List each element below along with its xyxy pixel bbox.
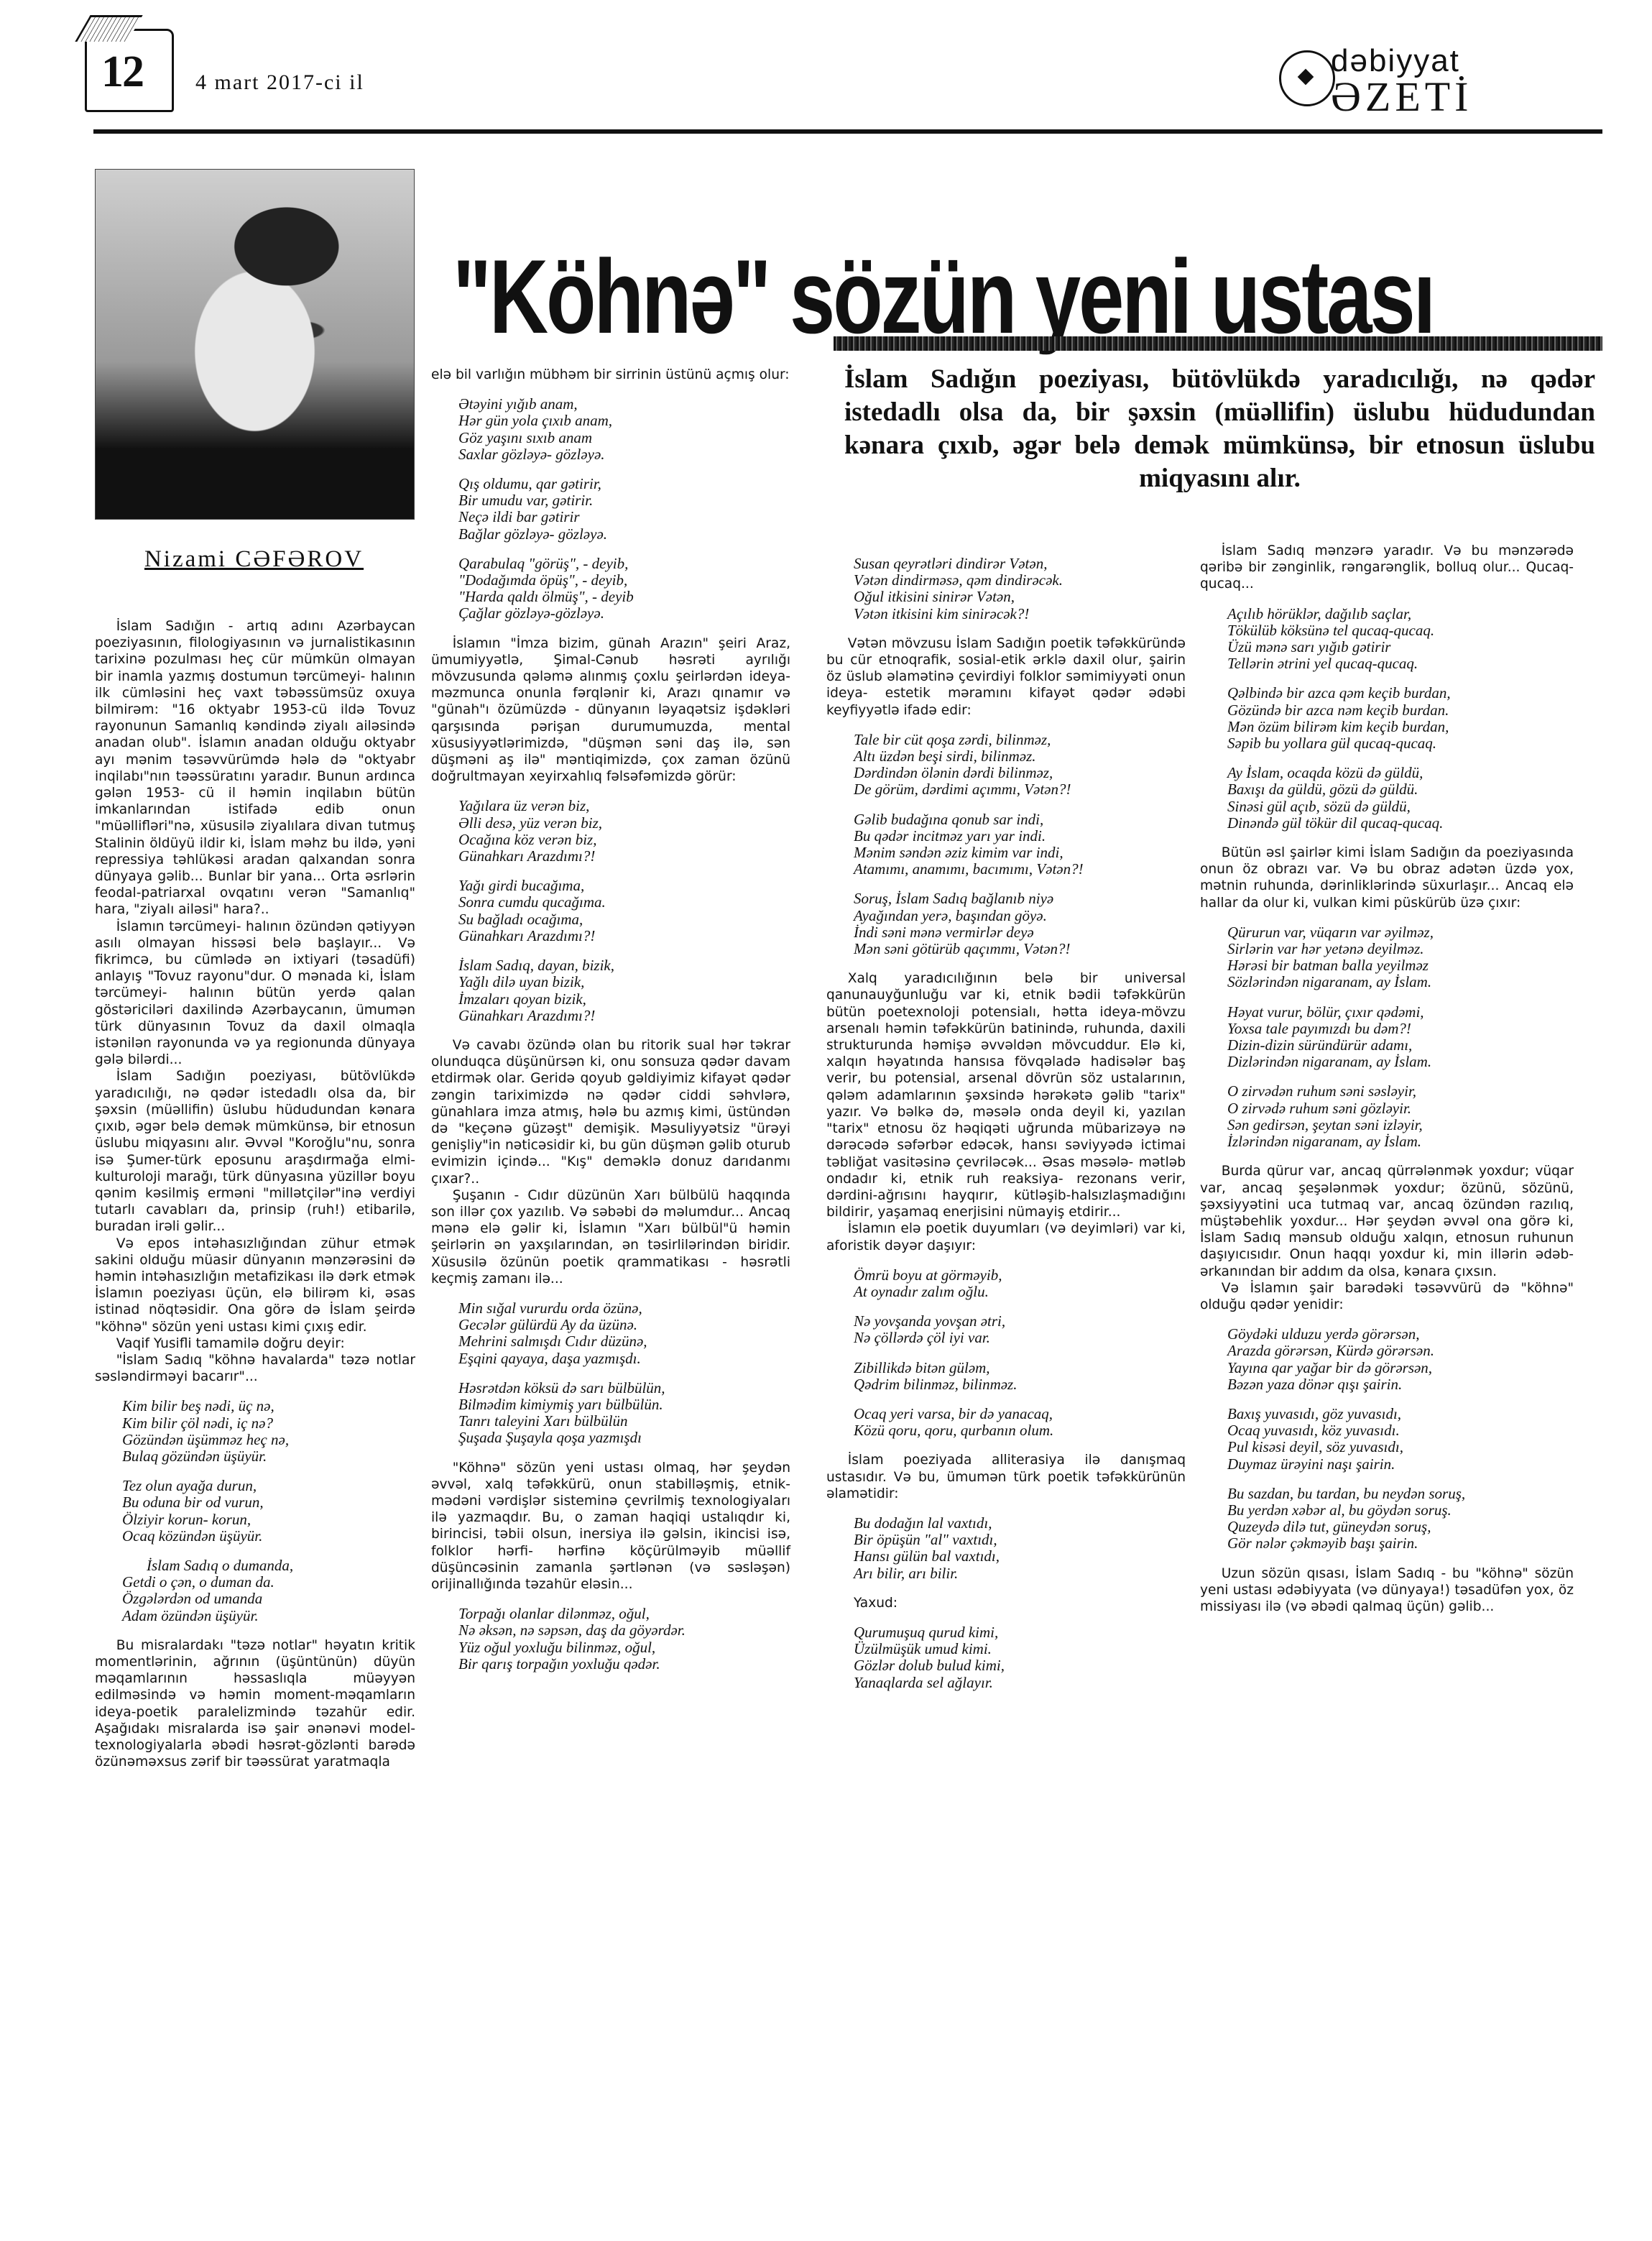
poem-line: Getdi o çən, o duman da.: [122, 1574, 415, 1591]
poem-line: Hansı gülün bal vaxtıdı,: [854, 1548, 1186, 1565]
poem-line: Torpağı olanlar dilənməz, oğul,: [458, 1606, 790, 1622]
poem-line: Mehrini salmışdı Cıdır düzünə,: [458, 1333, 790, 1350]
poem-line: Atamımı, anamımı, bacımımı, Vətən?!: [854, 861, 1186, 878]
poem-line: At oynadır zalım oğlu.: [854, 1284, 1186, 1300]
poem-stanza: Qurumuşuq qurud kimi,Üzülmüşük umud kimi…: [826, 1624, 1186, 1691]
poem-line: Sözlərindən nigaranam, ay İslam.: [1227, 974, 1574, 990]
body-paragraph: İslam poeziyada alliterasiya ilə danışma…: [826, 1452, 1186, 1502]
poem-line: Nə əksən, nə səpsən, daş da göyərdər.: [458, 1622, 790, 1639]
poem-line: Soruş, İslam Sadıq bağlanıb niyə: [854, 891, 1186, 907]
poem-stanza: Yağı girdi bucağıma,Sonra cumdu qucağıma…: [431, 878, 790, 944]
body-paragraph: Bütün əsl şairlər kimi İslam Sadığın da …: [1200, 845, 1574, 911]
poem-line: Arı bilir, arı bilir.: [854, 1565, 1186, 1582]
poem-stanza: Qəlbində bir azca qəm keçib burdan,Gözün…: [1200, 685, 1574, 752]
poem-line: Ətəyini yığıb anam,: [458, 396, 790, 413]
poem-stanza: Tez olun ayağa durun,Bu oduna bir od vur…: [95, 1478, 415, 1545]
poem-line: Açılıb hörüklər, dağılıb saçlar,: [1227, 606, 1574, 622]
poem-line: Üzülmüşük umud kimi.: [854, 1641, 1186, 1657]
logo-emblem-icon: [1279, 50, 1335, 106]
poem-line: Bu dodağın lal vaxtıdı,: [854, 1515, 1186, 1532]
poem-line: İzlərindən nigaranam, ay İslam.: [1227, 1133, 1574, 1150]
issue-date: 4 mart 2017-ci il: [195, 70, 364, 95]
poem-stanza: Nə yovşanda yovşan ətri,Nə çöllərdə çöl …: [826, 1313, 1186, 1346]
poem-line: Günahkarı Arazdımı?!: [458, 848, 790, 865]
poem-line: Gəlib budağına qonub sar indi,: [854, 811, 1186, 828]
poem-line: Bu sazdan, bu tardan, bu neydən soruş,: [1227, 1486, 1574, 1502]
poem-line: Gözündə bir azca nəm keçib burdan.: [1227, 702, 1574, 719]
poem-line: Quzeydə dilə tut, güneydən soruş,: [1227, 1519, 1574, 1535]
poem-line: İmzaları qoyan bizik,: [458, 991, 790, 1008]
poem-line: Dizlərindən nigaranam, ay İslam.: [1227, 1054, 1574, 1070]
poem-line: Gözündən üşümməz heç nə,: [122, 1432, 415, 1448]
poem-line: Şuşada Şuşayla qoşa yazmışdı: [458, 1430, 790, 1446]
poem-line: Ocaq yuvasıdı, köz yuvasıdı.: [1227, 1422, 1574, 1439]
body-paragraph: "İslam Sadıq "köhnə havalarda" təzə notl…: [95, 1352, 415, 1385]
poem-stanza: Yağılara üz verən biz,Əlli desə, yüz ver…: [431, 798, 790, 865]
article-column-1: İslam Sadığın - artıq adını Azərbaycan p…: [95, 618, 415, 1770]
poem-stanza: Həyat vurur, bölür, çıxır qədəmi,Yoxsa t…: [1200, 1004, 1574, 1071]
poem-stanza: İslam Sadıq o dumanda,Getdi o çən, o dum…: [95, 1557, 415, 1624]
poem-stanza: Göydəki ulduzu yerdə görərsən,Arazda gör…: [1200, 1326, 1574, 1393]
poem-line: Közü qoru, qoru, qurbanın olum.: [854, 1422, 1186, 1439]
poem-line: Gecələr gülürdü Ay da üzünə.: [458, 1317, 790, 1333]
body-paragraph: Xalq yaradıcılığının belə bir universal …: [826, 970, 1186, 1220]
poem-line: Həyat vurur, bölür, çıxır qədəmi,: [1227, 1004, 1574, 1021]
poem-line: Eşqini qayaya, daşa yazmışdı.: [458, 1350, 790, 1367]
body-paragraph: Və İslamın şair barədəki təsəvvürü də "k…: [1200, 1280, 1574, 1313]
body-paragraph: Və cavabı özündə olan bu ritorik sual hə…: [431, 1037, 790, 1187]
poem-line: Mən özüm bilirəm kim keçib burdan,: [1227, 719, 1574, 735]
logo-text-bottom: ƏZETİ: [1331, 76, 1473, 118]
poem-line: Baxış yuvasıdı, göz yuvasıdı,: [1227, 1406, 1574, 1422]
page-number-badge: 12: [85, 29, 174, 112]
poem-line: De görüm, dərdimi açımmı, Vətən?!: [854, 781, 1186, 798]
poem-stanza: Kim bilir beş nədi, üç nə,Kim bilir çöl …: [95, 1398, 415, 1465]
poem-line: Tale bir cüt qoşa zərdi, bilinməz,: [854, 732, 1186, 748]
poem-stanza: Min sığal vururdu orda özünə,Gecələr gül…: [431, 1300, 790, 1367]
poem-line: Bulaq gözündən üşüyür.: [122, 1448, 415, 1465]
poem-line: Qurumuşuq qurud kimi,: [854, 1624, 1186, 1641]
poem-line: Bir öpüşün "al" vaxtıdı,: [854, 1532, 1186, 1548]
poem-line: Səpib bu yollara gül qucaq-qucaq.: [1227, 735, 1574, 752]
newspaper-logo: dəbiyyat ƏZETİ: [1279, 43, 1538, 122]
body-paragraph: Və epos intəhasızlığından zühur etmək sa…: [95, 1235, 415, 1335]
poem-line: Sən gedirsən, şeytan səni izləyir,: [1227, 1117, 1574, 1133]
article-lead: İslam Sadığın poeziyası, bütövlükdə yara…: [844, 363, 1595, 495]
poem-line: Tez olun ayağa durun,: [122, 1478, 415, 1494]
poem-line: O zirvədə ruhum səni gözləyir.: [1227, 1100, 1574, 1117]
body-paragraph: Bu misralardakı "təzə notlar" həyatın kr…: [95, 1637, 415, 1771]
poem-line: Tanrı taleyini Xarı bülbülün: [458, 1413, 790, 1430]
body-paragraph: İslam Sadığın - artıq adını Azərbaycan p…: [95, 618, 415, 919]
poem-line: Ölziyir korun- korun,: [122, 1511, 415, 1528]
poem-line: Oğul itkisini sinirər Vətən,: [854, 589, 1186, 605]
poem-line: Yoxsa tale payımızdı bu dəm?!: [1227, 1021, 1574, 1037]
poem-line: Bəzən yaza dönər qışı şairin.: [1227, 1376, 1574, 1393]
poem-line: Kim bilir beş nədi, üç nə,: [122, 1398, 415, 1414]
body-paragraph: Uzun sözün qısası, İslam Sadıq - bu "köh…: [1200, 1565, 1574, 1616]
poem-line: Göz yaşını sıxıb anam: [458, 430, 790, 446]
poem-line: Gör nələr çəkməyib başı şairin.: [1227, 1535, 1574, 1552]
poem-line: Bir qarış torpağın yoxluğu qədər.: [458, 1656, 790, 1672]
poem-line: Yüz oğul yoxluğu bilinməz, oğul,: [458, 1639, 790, 1656]
poem-line: Ay İslam, ocaqda közü də güldü,: [1227, 765, 1574, 781]
masthead: 12 4 mart 2017-ci il dəbiyyat ƏZETİ: [0, 0, 1652, 158]
article-column-2: elə bil varlığın mübhəm bir sirrinin üst…: [431, 367, 790, 1685]
poem-line: Özgələrdən od umanda: [122, 1591, 415, 1607]
poem-line: Bu yerdən xəbər al, bu göydən soruş.: [1227, 1502, 1574, 1519]
poem-line: Qəlbində bir azca qəm keçib burdan,: [1227, 685, 1574, 701]
poem-line: Pul kisəsi deyil, söz yuvasıdı,: [1227, 1439, 1574, 1455]
poem-line: "Dodağımda öpüş", - deyib,: [458, 572, 790, 589]
poem-line: Qarabulaq "görüş", - deyib,: [458, 556, 790, 572]
poem-line: Ocaq közündən üşüyür.: [122, 1528, 415, 1545]
poem-line: Bilmədim kimiymiş yarı bülbülün.: [458, 1396, 790, 1413]
poem-line: "Harda qaldı ölmüş", - deyib: [458, 589, 790, 605]
poem-line: Yanaqlarda sel ağlayır.: [854, 1675, 1186, 1691]
poem-line: İslam Sadıq o dumanda,: [122, 1557, 415, 1574]
poem-line: Susan qeyrətləri dindirər Vətən,: [854, 556, 1186, 572]
article-headline: "Köhnə" sözün yeni ustası: [453, 243, 1349, 351]
poem-line: Gözlər dolub bulud kimi,: [854, 1657, 1186, 1674]
poem-line: Hərəsi bir batman balla yeyilməz: [1227, 957, 1574, 974]
poem-line: Günahkarı Arazdımı?!: [458, 1008, 790, 1024]
page-number: 12: [101, 50, 143, 94]
poem-stanza: Zibillikdə bitən güləm,Qədrim bilinməz, …: [826, 1360, 1186, 1393]
poem-stanza: Susan qeyrətləri dindirər Vətən,Vətən di…: [826, 556, 1186, 622]
poem-line: Günahkarı Arazdımı?!: [458, 928, 790, 944]
poem-line: Arazda görərsən, Kürdə görərsən.: [1227, 1343, 1574, 1359]
poem-line: Ayağından yerə, başından göyə.: [854, 908, 1186, 924]
poem-line: Yağı girdi bucağıma,: [458, 878, 790, 894]
poem-stanza: Həsrətdən köksü də sarı bülbülün,Bilmədi…: [431, 1380, 790, 1447]
poem-line: Dərdindən ölənin dərdi bilinməz,: [854, 765, 1186, 781]
poem-line: Qədrim bilinməz, bilinməz.: [854, 1376, 1186, 1393]
poem-stanza: Açılıb hörüklər, dağılıb saçlar,Tökülüb …: [1200, 606, 1574, 673]
poem-line: Vətən dindirməsə, qəm dindirəcək.: [854, 572, 1186, 589]
author-byline: Nizami CƏFƏROV: [95, 546, 413, 573]
poem-line: Mən səni götürüb qaçımmı, Vətən?!: [854, 941, 1186, 957]
poem-line: Yağlı dilə uyan bizik,: [458, 974, 790, 990]
body-paragraph: İslam Sadığın poeziyası, bütövlükdə yara…: [95, 1068, 415, 1235]
poem-line: Sonra cumdu qucağıma.: [458, 894, 790, 911]
poem-line: Ömrü boyu at görməyib,: [854, 1267, 1186, 1284]
poem-line: Sinəsi gül açıb, sözü də güldü,: [1227, 799, 1574, 815]
poem-line: Baxışı da güldü, gözü də güldü.: [1227, 781, 1574, 798]
poem-line: Bağlar gözləyə- gözləyə.: [458, 526, 790, 543]
poem-line: Qürurun var, vüqarın var əyilməz,: [1227, 924, 1574, 941]
author-photo: [95, 169, 415, 520]
poem-stanza: Bu dodağın lal vaxtıdı,Bir öpüşün "al" v…: [826, 1515, 1186, 1582]
poem-line: Ocağına köz verən biz,: [458, 832, 790, 848]
poem-stanza: Qarabulaq "görüş", - deyib,"Dodağımda öp…: [431, 556, 790, 622]
poem-line: İndi səni mənə vermirlər deyə: [854, 924, 1186, 941]
poem-line: Dizin-dizin süründürür adamı,: [1227, 1037, 1574, 1054]
poem-stanza: Gəlib budağına qonub sar indi,Bu qədər i…: [826, 811, 1186, 878]
poem-line: Əlli desə, yüz verən biz,: [458, 815, 790, 832]
poem-line: Bir umudu var, gətirir.: [458, 492, 790, 509]
poem-line: Göydəki ulduzu yerdə görərsən,: [1227, 1326, 1574, 1343]
poem-stanza: Qış oldumu, qar gətirir,Bir umudu var, g…: [431, 476, 790, 543]
poem-line: Duymaz ürəyini naşı şairin.: [1227, 1456, 1574, 1473]
poem-line: Üzü mənə sarı yığıb gətirir: [1227, 639, 1574, 655]
body-paragraph: İslamın elə poetik duyumları (və deyimlə…: [826, 1220, 1186, 1253]
poem-line: Hər gün yola çıxıb anam,: [458, 413, 790, 429]
poem-stanza: O zirvədən ruhum səni səsləyir,O zirvədə…: [1200, 1083, 1574, 1150]
poem-line: Mənim səndən əziz kimim var indi,: [854, 845, 1186, 861]
body-paragraph: Şuşanın - Cıdır düzünün Xarı bülbülü haq…: [431, 1187, 790, 1287]
poem-line: Zibillikdə bitən güləm,: [854, 1360, 1186, 1376]
poem-stanza: Qürurun var, vüqarın var əyilməz,Sirləri…: [1200, 924, 1574, 991]
article-column-4: İslam Sadıq mənzərə yaradır. Və bu mənzə…: [1200, 543, 1574, 1615]
poem-line: Altı üzdən beşi sirdi, bilinməz.: [854, 748, 1186, 765]
poem-line: İslam Sadıq, dayan, bizik,: [458, 957, 790, 974]
text-label: Yaxud:: [854, 1595, 1186, 1611]
body-paragraph: elə bil varlığın mübhəm bir sirrinin üst…: [431, 367, 790, 383]
poem-stanza: Soruş, İslam Sadıq bağlanıb niyəAyağında…: [826, 891, 1186, 957]
poem-line: Min sığal vururdu orda özünə,: [458, 1300, 790, 1317]
poem-stanza: Ətəyini yığıb anam,Hər gün yola çıxıb an…: [431, 396, 790, 463]
poem-stanza: Ocaq yeri varsa, bir də yanacaq,Közü qor…: [826, 1406, 1186, 1439]
poem-line: Adam özündən üşüyür.: [122, 1608, 415, 1624]
poem-line: Su bağladı ocağıma,: [458, 911, 790, 928]
poem-line: Saxlar gözləyə- gözləyə.: [458, 446, 790, 463]
poem-line: Dinəndə gül tökür dil qucaq-qucaq.: [1227, 815, 1574, 832]
poem-line: Yayına qar yağar bir də görərsən,: [1227, 1360, 1574, 1376]
poem-line: Həsrətdən köksü də sarı bülbülün,: [458, 1380, 790, 1396]
poem-line: Yağılara üz verən biz,: [458, 798, 790, 814]
poem-stanza: İslam Sadıq, dayan, bizik,Yağlı dilə uya…: [431, 957, 790, 1024]
poem-line: Qış oldumu, qar gətirir,: [458, 476, 790, 492]
poem-line: Nə çöllərdə çöl iyi var.: [854, 1330, 1186, 1346]
poem-line: Vətən itkisini kim sinirəcək?!: [854, 606, 1186, 622]
poem-line: Tökülüb köksünə tel qucaq-qucaq.: [1227, 622, 1574, 639]
poem-line: Neçə ildi bar gətirir: [458, 509, 790, 525]
poem-stanza: Tale bir cüt qoşa zərdi, bilinməz,Altı ü…: [826, 732, 1186, 799]
poem-stanza: Bu sazdan, bu tardan, bu neydən soruş,Bu…: [1200, 1486, 1574, 1552]
body-paragraph: Vaqif Yusifli tamamilə doğru deyir:: [95, 1335, 415, 1352]
body-paragraph: İslam Sadıq mənzərə yaradır. Və bu mənzə…: [1200, 543, 1574, 593]
body-paragraph: İslamın "İmza bizim, günah Arazın" şeiri…: [431, 635, 790, 786]
lead-decorative-bar: [834, 336, 1602, 351]
poem-line: Çağlar gözləyə-gözləyə.: [458, 605, 790, 622]
header-divider: [93, 129, 1602, 134]
poem-stanza: Baxış yuvasıdı, göz yuvasıdı,Ocaq yuvası…: [1200, 1406, 1574, 1473]
poem-line: Nə yovşanda yovşan ətri,: [854, 1313, 1186, 1330]
poem-line: Tellərin ətrini yel qucaq-qucaq.: [1227, 655, 1574, 672]
body-paragraph: İslamın tərcümeyi- halının özündən qətiy…: [95, 919, 415, 1069]
body-paragraph: Burda qürur var, ancaq qürrələnmək yoxdu…: [1200, 1163, 1574, 1279]
poem-stanza: Ay İslam, ocaqda közü də güldü,Baxışı da…: [1200, 765, 1574, 832]
article-column-3: Susan qeyrətləri dindirər Vətən,Vətən di…: [826, 543, 1186, 1704]
poem-stanza: Torpağı olanlar dilənməz, oğul,Nə əksən,…: [431, 1606, 790, 1672]
poem-line: Bu oduna bir od vurun,: [122, 1494, 415, 1511]
poem-line: Bu qədər incitməz yarı yar indi.: [854, 828, 1186, 845]
body-paragraph: "Köhnə" sözün yeni ustası olmaq, hər şey…: [431, 1460, 790, 1593]
poem-line: Sirlərin var hər yetənə deyilməz.: [1227, 941, 1574, 957]
poem-line: O zirvədən ruhum səni səsləyir,: [1227, 1083, 1574, 1100]
poem-stanza: Ömrü boyu at görməyib,At oynadır zalım o…: [826, 1267, 1186, 1300]
body-paragraph: Vətən mövzusu İslam Sadığın poetik təfək…: [826, 635, 1186, 719]
poem-line: Ocaq yeri varsa, bir də yanacaq,: [854, 1406, 1186, 1422]
poem-line: Kim bilir çöl nədi, iç nə?: [122, 1415, 415, 1432]
